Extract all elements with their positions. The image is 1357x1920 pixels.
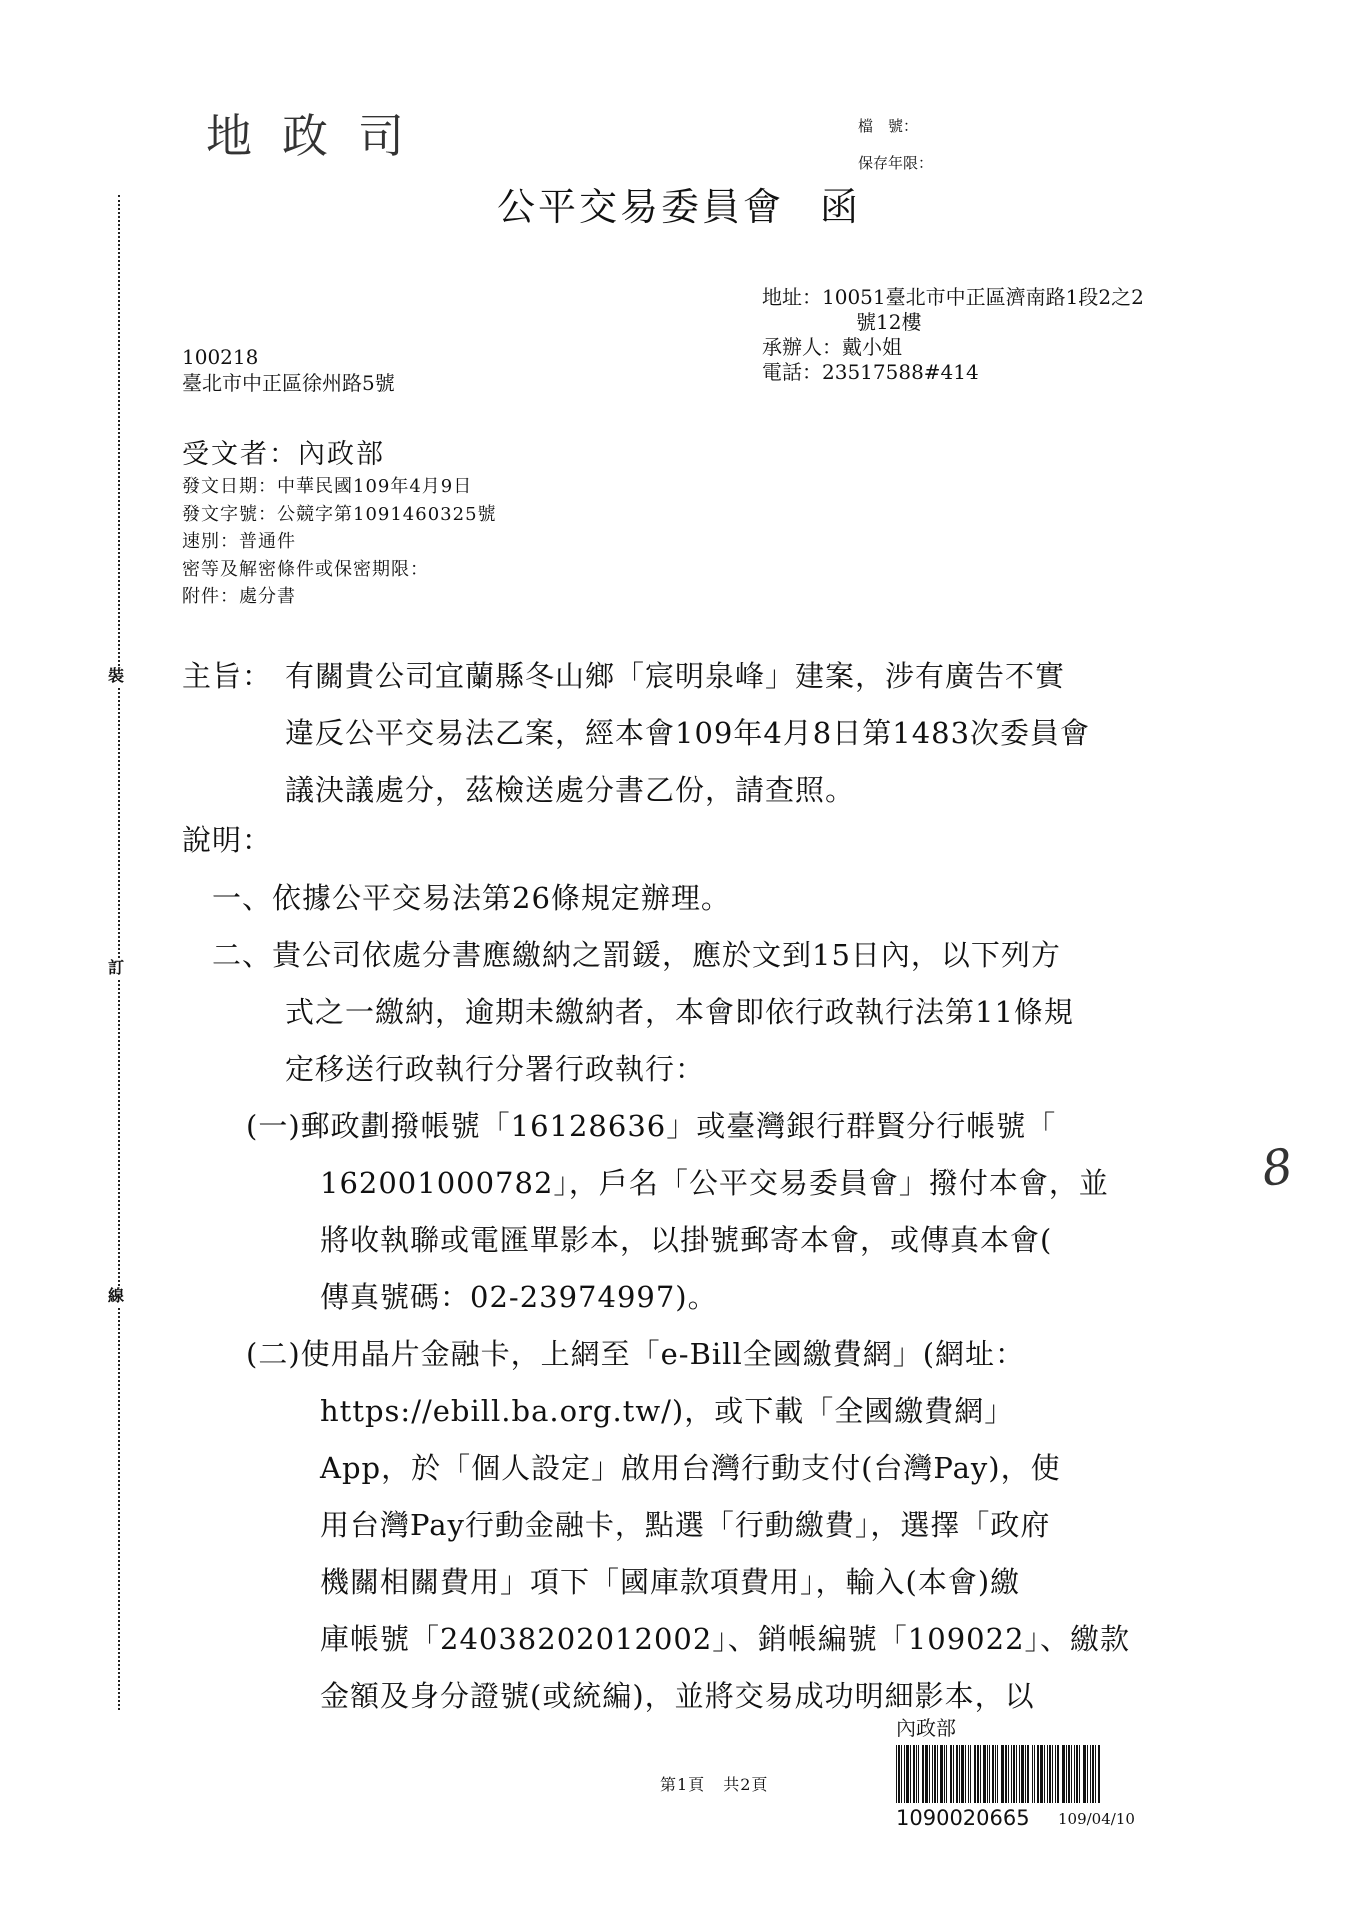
document-number: 發文字號：公競字第1091460325號 [182,501,497,529]
sender-address-cont: 號12樓 [762,310,1144,335]
file-meta: 檔 號： 保存年限： [858,108,933,182]
recipient-postal-code: 100218 [182,344,395,370]
text-line: App，於「個人設定」啟用台灣行動支付(台灣Pay)，使 [320,1440,1130,1497]
issuer-name: 公平交易委員會 [497,185,784,229]
text-line: 162001000782」，戶名「公平交易委員會」撥付本會，並 [320,1155,1109,1212]
binding-mark-middle: 訂 [108,958,124,978]
recipient-street: 臺北市中正區徐州路5號 [182,370,395,396]
retention-label: 保存年限： [858,145,933,182]
attachment: 附件：處分書 [182,583,497,611]
explanation-item-1: 一、依據公平交易法第26條規定辦理。 [212,870,731,927]
file-number-label: 檔 號： [858,108,933,145]
payment-method-2-cont: https://ebill.ba.org.tw/)，或下載「全國繳費網」 App… [320,1383,1130,1725]
subject-line: 議決議處分，茲檢送處分書乙份，請查照。 [285,762,1090,819]
document-meta: 發文日期：中華民國109年4月9日 發文字號：公競字第1091460325號 速… [182,473,497,611]
subject-line: 違反公平交易法乙案，經本會109年4月8日第1483次委員會 [285,705,1090,762]
text-line: 將收執聯或電匯單影本，以掛號郵寄本會，或傳真本會( [320,1212,1109,1269]
sender-address: 地址：10051臺北市中正區濟南路1段2之2 [762,285,1144,310]
priority: 速別：普通件 [182,528,497,556]
receiving-unit-stamp: 地政司 [206,100,434,166]
document-type: 函 [820,185,861,229]
subject-text: 有關貴公司宜蘭縣冬山鄉「宸明泉峰」建案，涉有廣告不實 違反公平交易法乙案，經本會… [285,648,1090,819]
received-date: 109/04/10 [1058,1810,1135,1828]
text-line: 金額及身分證號(或統編)，並將交易成功明細影本，以 [320,1668,1130,1725]
binding-mark-bottom: 線 [108,1286,124,1306]
recipient-address: 100218 臺北市中正區徐州路5號 [182,344,395,396]
classification: 密等及解密條件或保密期限： [182,556,497,584]
sender-contact: 承辦人：戴小姐 [762,335,1144,360]
text-line: 定移送行政執行分署行政執行： [285,1041,1074,1098]
explanation-item-2-cont: 式之一繳納，逾期未繳納者，本會即依行政執行法第11條規 定移送行政執行分署行政執… [285,984,1074,1098]
sender-info: 地址：10051臺北市中正區濟南路1段2之2 號12樓 承辦人：戴小姐 電話：2… [762,285,1144,385]
text-line: 機關相關費用」項下「國庫款項費用」，輸入(本會)繳 [320,1554,1130,1611]
document-title: 公平交易委員會函 [497,176,861,231]
payment-method-1: (一)郵政劃撥帳號「16128636」或臺灣銀行群賢分行帳號「 [246,1098,1056,1155]
barcode-icon [896,1745,1114,1803]
text-line: 傳真號碼：02-23974997)。 [320,1269,1109,1326]
payment-method-1-cont: 162001000782」，戶名「公平交易委員會」撥付本會，並 將收執聯或電匯單… [320,1155,1109,1326]
page-total: 共2頁 [723,1775,768,1794]
page-current: 第1頁 [660,1775,705,1794]
issue-date: 發文日期：中華民國109年4月9日 [182,473,497,501]
text-line: 式之一繳納，逾期未繳納者，本會即依行政執行法第11條規 [285,984,1074,1041]
subject-label: 主旨： [182,648,272,705]
page-number: 第1頁共2頁 [660,1772,768,1795]
receiver: 受文者：內政部 [182,432,385,471]
payment-method-2: (二)使用晶片金融卡，上網至「e-Bill全國繳費網」(網址： [246,1326,1025,1383]
explanation-item-2: 二、貴公司依處分書應繳納之罰鍰，應於文到15日內，以下列方 [212,927,1061,984]
binding-mark-top: 裝 [108,666,124,686]
handwritten-mark: 8 [1258,1138,1296,1198]
text-line: https://ebill.ba.org.tw/)，或下載「全國繳費網」 [320,1383,1130,1440]
sender-phone: 電話：23517588#414 [762,360,1144,385]
receipt-stamp-org: 內政部 [896,1712,956,1741]
text-line: 庫帳號「24038202012002」、銷帳編號「109022」、繳款 [320,1611,1130,1668]
binding-dotted-line [118,195,120,1710]
barcode-number: 1090020665 [896,1806,1030,1830]
text-line: 用台灣Pay行動金融卡，點選「行動繳費」，選擇「政府 [320,1497,1130,1554]
explanation-label: 說明： [182,812,272,869]
subject-line: 有關貴公司宜蘭縣冬山鄉「宸明泉峰」建案，涉有廣告不實 [285,648,1090,705]
